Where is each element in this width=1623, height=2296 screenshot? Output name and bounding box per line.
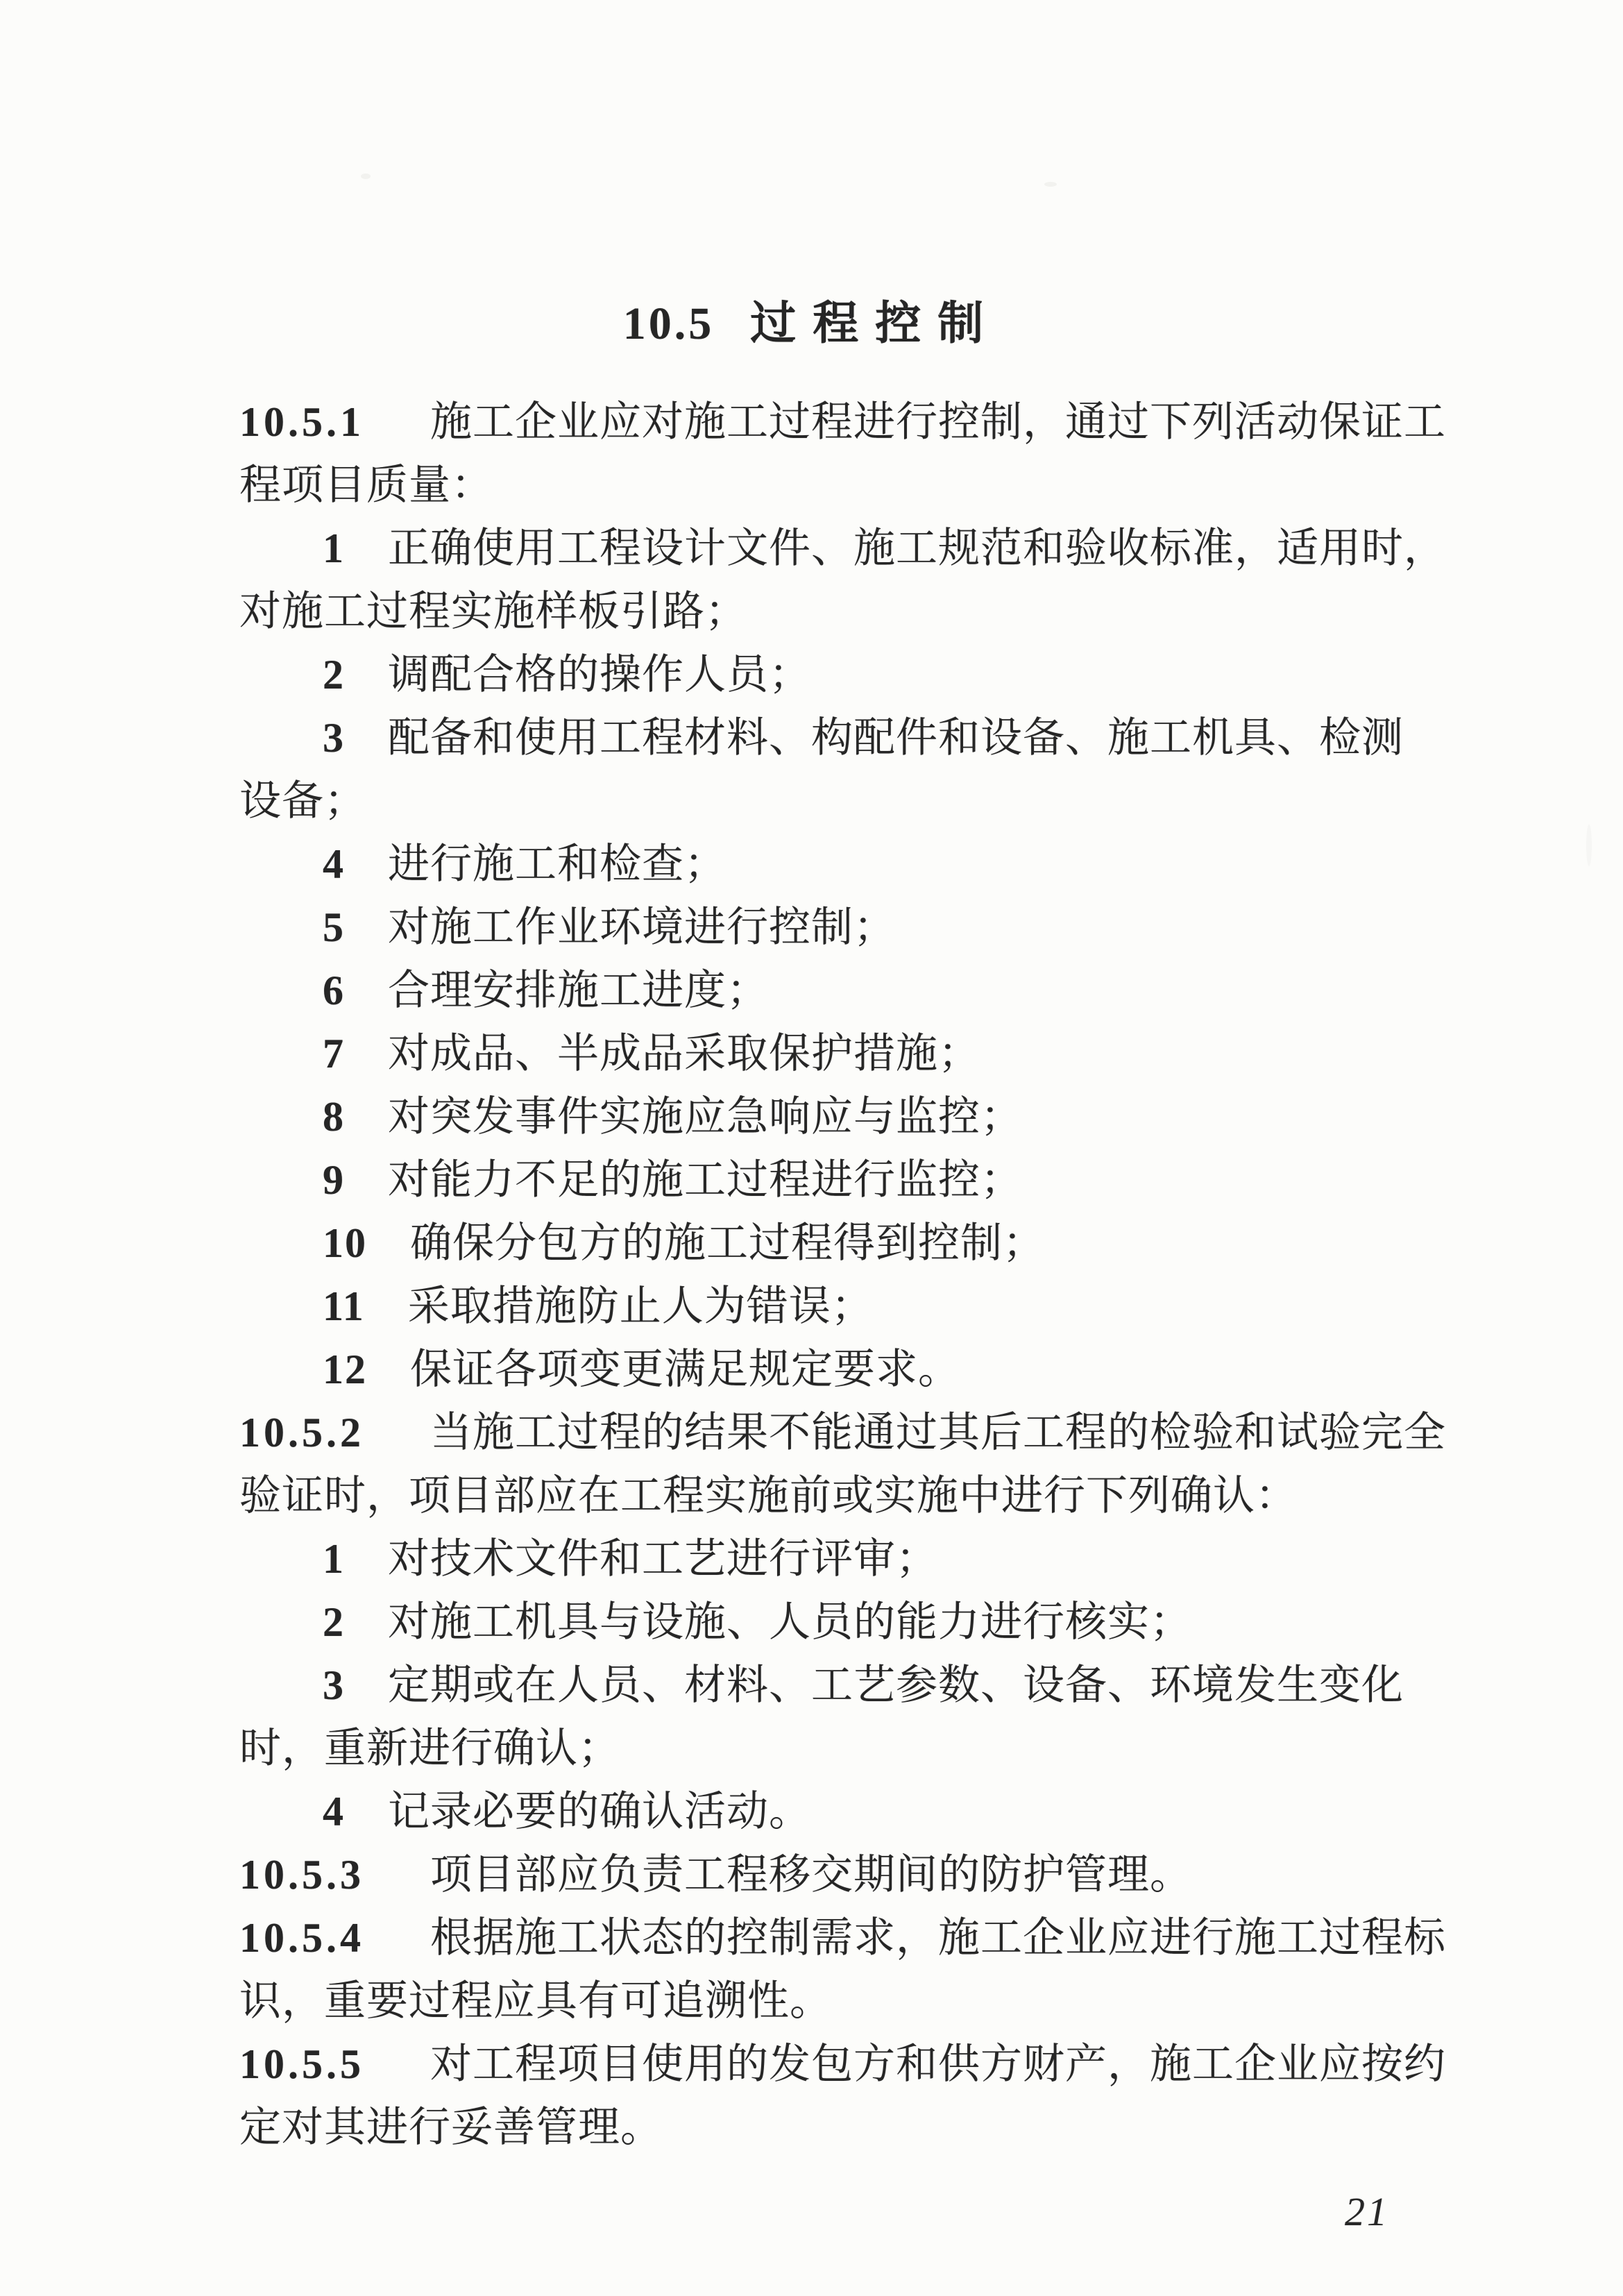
- clause-number: 10.5.3: [239, 1852, 364, 1898]
- line-text: 对突发事件实施应急响应与监控；: [388, 1094, 1023, 1140]
- line-text: 根据施工状态的控制需求，施工企业应进行施工过程标: [430, 1915, 1446, 1961]
- line-text: 采取措施防止人为错误；: [408, 1283, 874, 1329]
- line-text: 记录必要的确认活动。: [388, 1789, 811, 1834]
- text-line: 5对施工作业环境进行控制；: [239, 896, 1461, 959]
- text-line: 时，重新进行确认；: [239, 1717, 1461, 1780]
- line-text: 验证时，项目部应在工程实施前或实施中进行下列确认：: [239, 1473, 1298, 1519]
- line-text: 合理安排施工进度；: [388, 968, 769, 1013]
- line-text: 正确使用工程设计文件、施工规范和验收标准，适用时，: [388, 525, 1446, 571]
- item-number: 4: [323, 841, 345, 887]
- line-text: 定期或在人员、材料、工艺参数、设备、环境发生变化: [388, 1662, 1404, 1708]
- item-number: 3: [323, 1662, 345, 1708]
- item-number: 8: [323, 1094, 345, 1140]
- item-number: 1: [323, 1536, 345, 1582]
- line-text: 对施工机具与设施、人员的能力进行核实；: [388, 1599, 1192, 1645]
- line-text: 项目部应负责工程移交期间的防护管理。: [430, 1852, 1192, 1898]
- item-number: 9: [323, 1157, 345, 1203]
- text-line: 6合理安排施工进度；: [239, 959, 1461, 1022]
- item-number: 12: [323, 1347, 367, 1392]
- text-line: 11采取措施防止人为错误；: [239, 1275, 1461, 1338]
- scan-speck: [1586, 825, 1592, 866]
- line-text: 调配合格的操作人员；: [388, 652, 811, 698]
- item-number: 2: [323, 1599, 345, 1645]
- line-text: 时，重新进行确认；: [239, 1725, 620, 1771]
- line-text: 对能力不足的施工过程进行监控；: [388, 1157, 1023, 1203]
- text-line: 1对技术文件和工艺进行评审；: [239, 1528, 1461, 1591]
- text-line: 10.5.2当施工过程的结果不能通过其后工程的检验和试验完全: [239, 1401, 1461, 1464]
- text-line: 10.5.4根据施工状态的控制需求，施工企业应进行施工过程标: [239, 1907, 1461, 1970]
- line-text: 确保分包方的施工过程得到控制；: [410, 1220, 1045, 1266]
- text-line: 定对其进行妥善管理。: [239, 2096, 1461, 2159]
- item-number: 7: [323, 1031, 345, 1077]
- text-line: 10.5.1施工企业应对施工过程进行控制，通过下列活动保证工: [239, 391, 1461, 454]
- line-text: 对施工作业环境进行控制；: [388, 904, 896, 950]
- item-number: 1: [323, 525, 345, 571]
- text-line: 验证时，项目部应在工程实施前或实施中进行下列确认：: [239, 1464, 1461, 1528]
- text-line: 12保证各项变更满足规定要求。: [239, 1338, 1461, 1401]
- line-text: 配备和使用工程材料、构配件和设备、施工机具、检测: [388, 715, 1404, 761]
- line-text: 定对其进行妥善管理。: [239, 2104, 663, 2150]
- line-text: 识，重要过程应具有可追溯性。: [239, 1978, 832, 2024]
- text-line: 对施工过程实施样板引路；: [239, 580, 1461, 643]
- text-line: 识，重要过程应具有可追溯性。: [239, 1970, 1461, 2033]
- text-line: 10确保分包方的施工过程得到控制；: [239, 1212, 1461, 1275]
- line-text: 程项目质量：: [239, 462, 493, 508]
- line-text: 对成品、半成品采取保护措施；: [388, 1031, 980, 1077]
- text-line: 8对突发事件实施应急响应与监控；: [239, 1086, 1461, 1149]
- text-line: 10.5.5对工程项目使用的发包方和供方财产，施工企业应按约: [239, 2033, 1461, 2096]
- text-line: 1正确使用工程设计文件、施工规范和验收标准，适用时，: [239, 517, 1461, 580]
- line-text: 设备；: [239, 778, 366, 824]
- scan-speck: [1044, 182, 1057, 187]
- section-number: 10.5: [623, 298, 715, 349]
- item-number: 4: [323, 1789, 345, 1834]
- line-text: 对施工过程实施样板引路；: [239, 589, 747, 634]
- line-text: 保证各项变更满足规定要求。: [410, 1347, 960, 1392]
- line-text: 施工企业应对施工过程进行控制，通过下列活动保证工: [430, 399, 1446, 445]
- section-title: 10.5过程控制: [0, 297, 1623, 351]
- clause-number: 10.5.5: [239, 2041, 364, 2087]
- scan-speck: [361, 174, 371, 179]
- text-line: 10.5.3项目部应负责工程移交期间的防护管理。: [239, 1843, 1461, 1907]
- text-line: 9对能力不足的施工过程进行监控；: [239, 1149, 1461, 1212]
- clause-number: 10.5.1: [239, 399, 364, 445]
- text-line: 2调配合格的操作人员；: [239, 643, 1461, 707]
- item-number: 5: [323, 904, 345, 950]
- text-line: 设备；: [239, 770, 1461, 833]
- document-body: 10.5.1施工企业应对施工过程进行控制，通过下列活动保证工 程项目质量： 1正…: [239, 391, 1461, 2159]
- line-text: 进行施工和检查；: [388, 841, 726, 887]
- document-page: 10.5过程控制 10.5.1施工企业应对施工过程进行控制，通过下列活动保证工 …: [0, 0, 1623, 2296]
- item-number: 10: [323, 1220, 367, 1266]
- line-text: 对工程项目使用的发包方和供方财产，施工企业应按约: [430, 2041, 1446, 2087]
- line-text: 对技术文件和工艺进行评审；: [388, 1536, 938, 1582]
- text-line: 4记录必要的确认活动。: [239, 1780, 1461, 1843]
- line-text: 当施工过程的结果不能通过其后工程的检验和试验完全: [430, 1410, 1446, 1455]
- text-line: 程项目质量：: [239, 454, 1461, 517]
- item-number: 11: [323, 1283, 365, 1329]
- text-line: 4进行施工和检查；: [239, 833, 1461, 896]
- text-line: 2对施工机具与设施、人员的能力进行核实；: [239, 1591, 1461, 1654]
- text-line: 3定期或在人员、材料、工艺参数、设备、环境发生变化: [239, 1654, 1461, 1717]
- item-number: 3: [323, 715, 345, 761]
- text-line: 3配备和使用工程材料、构配件和设备、施工机具、检测: [239, 707, 1461, 770]
- text-line: 7对成品、半成品采取保护措施；: [239, 1022, 1461, 1086]
- clause-number: 10.5.2: [239, 1410, 364, 1455]
- item-number: 2: [323, 652, 345, 698]
- page-number: 21: [1345, 2188, 1389, 2236]
- item-number: 6: [323, 968, 345, 1013]
- section-title-text: 过程控制: [750, 298, 1000, 349]
- clause-number: 10.5.4: [239, 1915, 364, 1961]
